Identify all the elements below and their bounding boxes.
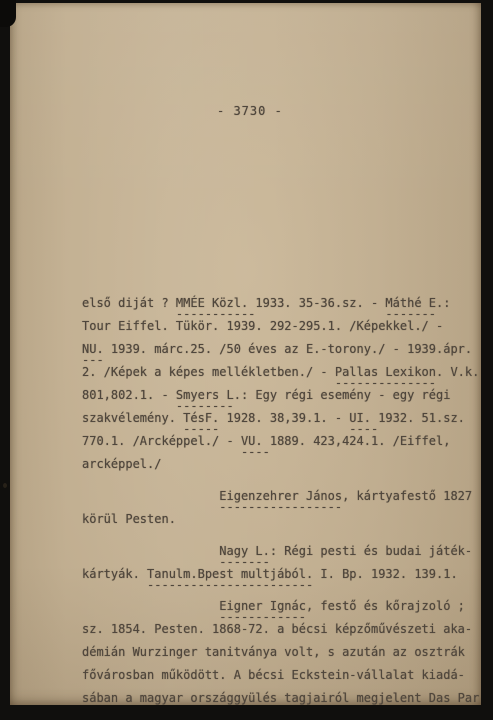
scan-corner-notch: [0, 0, 16, 27]
typed-line: 2. /Képek a képes mellékletben./ - Palla…: [82, 365, 492, 388]
typed-line: körül Pesten.: [82, 512, 492, 535]
paper: - 3730 - első diját ? MMÉE Közl. 1933. 3…: [10, 3, 481, 705]
typed-line: Eigner Ignác, festő és kőrajzoló ; -----…: [82, 599, 492, 622]
typed-text: sában a magyar országgyülés tagjairól me…: [82, 691, 487, 705]
scanned-page: - 3730 - első diját ? MMÉE Közl. 1933. 3…: [0, 0, 493, 720]
page-number: - 3730 -: [217, 104, 283, 118]
typed-text: arcképpel./: [82, 457, 161, 471]
underline-dashes: -----------------------: [82, 578, 313, 592]
typed-text: sz. 1854. Pesten. 1868-72. a bécsi képző…: [82, 622, 472, 636]
typed-text: körül Pesten.: [82, 512, 176, 526]
typed-line: démián Wurzinger tanitványa volt, s azut…: [82, 645, 492, 668]
typed-line: 801,802.1. - Smyers L.: Egy régi esemény…: [82, 388, 492, 411]
bibliography-entry: Eigenzehrer János, kártyafestő 1827 ----…: [82, 489, 492, 535]
paper-speck: [3, 483, 7, 488]
typed-line: arcképpel./: [82, 457, 492, 480]
scan-edge-bottom: [0, 705, 493, 720]
typed-line: kártyák. Tanulm.Bpest multjából. I. Bp. …: [82, 567, 492, 590]
typed-line: 770.1. /Arcképpel./ - VU. 1889. 423,424.…: [82, 434, 492, 457]
scan-edge-right: [481, 0, 493, 720]
typed-line: Nagy L.: Régi pesti és budai játék- ----…: [82, 544, 492, 567]
typed-line: Eigenzehrer János, kártyafestő 1827 ----…: [82, 489, 492, 512]
text-block: első diját ? MMÉE Közl. 1933. 35-36.sz. …: [82, 296, 492, 714]
scan-edge-top: [0, 0, 493, 3]
bibliography-entry: első diját ? MMÉE Közl. 1933. 35-36.sz. …: [82, 296, 492, 480]
typed-text: démián Wurzinger tanitványa volt, s azut…: [82, 645, 465, 659]
typed-text: fővárosban működött. A bécsi Eckstein-vá…: [82, 668, 465, 682]
typed-text: NU. 1939. márc.25. /50 éves az E.-torony…: [82, 342, 472, 356]
typed-line: első diját ? MMÉE Közl. 1933. 35-36.sz. …: [82, 296, 492, 319]
bibliography-entry: Eigner Ignác, festő és kőrajzoló ; -----…: [82, 599, 492, 714]
bibliography-entry: Nagy L.: Régi pesti és budai játék- ----…: [82, 544, 492, 590]
typed-line: szakvélemény. TésF. 1928. 38,39.1. - UI.…: [82, 411, 492, 434]
typed-line: Tour Eiffel. Tükör. 1939. 292-295.1. /Ké…: [82, 319, 492, 342]
typed-text: Tour Eiffel. Tükör. 1939. 292-295.1. /Ké…: [82, 319, 443, 333]
typed-line: sz. 1854. Pesten. 1868-72. a bécsi képző…: [82, 622, 492, 645]
typed-line: NU. 1939. márc.25. /50 éves az E.-torony…: [82, 342, 492, 365]
scan-edge-left: [0, 0, 10, 720]
typed-line: fővárosban működött. A bécsi Eckstein-vá…: [82, 668, 492, 691]
